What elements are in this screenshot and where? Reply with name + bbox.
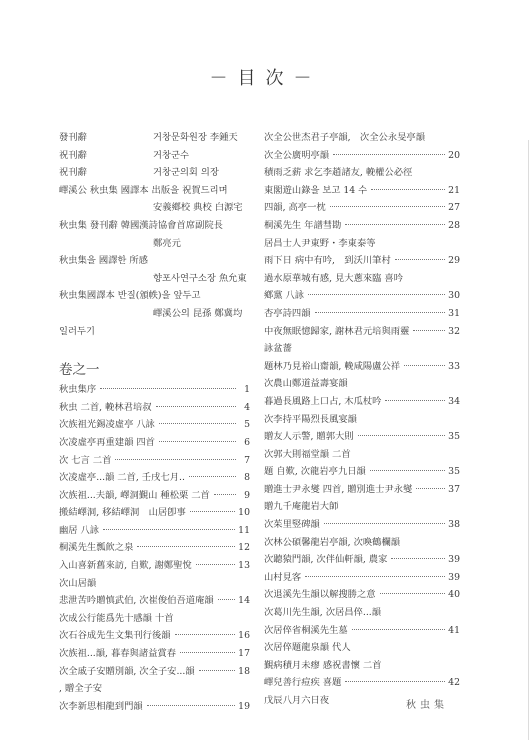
dot-leader: [371, 189, 445, 190]
toc-entry[interactable]: 次族祖光錫凌虛亭 八詠5: [59, 416, 250, 434]
toc-entry-title: 次李持平陽烈長風宴韻: [264, 411, 357, 429]
toc-entry-title: 入山喜新舊來訪, 自歎, 謝鄭聖悅: [59, 557, 192, 575]
front-matter-item[interactable]: 향포사연구소장 魚允東: [59, 270, 250, 288]
toc-page-number: 18: [238, 663, 250, 681]
toc-entry[interactable]: 秋虫 二首, 輓林君培叔4: [59, 399, 250, 417]
toc-page-number: 19: [238, 698, 250, 716]
toc-entry-title: 秋虫 二首, 輓林君培叔: [59, 399, 152, 417]
toc-entry-title: 次山居韻: [59, 575, 96, 593]
dot-leader: [324, 523, 445, 524]
dot-leader: [196, 564, 235, 565]
toc-entry-title: 次族祖...韻, 暮春與諸益賞春: [59, 645, 176, 663]
dot-leader: [345, 681, 445, 682]
toc-entry-title: 悲泄苦吟贈慎武伯, 次崔俊伯吾道庵韻: [59, 592, 214, 610]
toc-entry[interactable]: 次茱里竪碑韻38: [264, 516, 460, 534]
toc-entry[interactable]: 嶧兒善行痘疾 喜題42: [264, 674, 460, 692]
toc-page-number: 35: [448, 463, 460, 481]
toc-entry-title: , 贈全子安: [59, 680, 102, 698]
toc-entry-title: 贈進士尹永燮 四首, 贈別進士尹永燮: [264, 481, 412, 499]
toc-entry[interactable]: 次山居韻: [59, 575, 250, 593]
dot-leader: [370, 470, 445, 471]
toc-page-number: 33: [448, 358, 460, 376]
dot-leader: [180, 652, 235, 653]
toc-page-number: 35: [448, 428, 460, 446]
toc-entry[interactable]: 四韻, 高亭一枕27: [264, 199, 460, 217]
toc-left-column: 發刊辭거창문화원장 李鍾天祝刊辭거창군수祝刊辭거창군의회 의장嶧溪公 秋虫集 國…: [59, 129, 250, 715]
toc-entry-title: 次退溪先生韻以解搜勝之意: [264, 586, 376, 604]
toc-entry-title: 桐溪先生 年譜彗勘: [264, 217, 341, 235]
front-matter-item[interactable]: 秋虫集國譯本 반질(頒帙)을 앞두고: [59, 287, 250, 305]
dot-leader: [159, 423, 236, 424]
toc-entry[interactable]: 題 自歎, 次龍岩亭九日韻35: [264, 463, 460, 481]
toc-entry[interactable]: 次成公行能爲先十感韻 十首: [59, 610, 250, 628]
toc-entry[interactable]: 次李持平陽烈長風宴韻: [264, 411, 460, 429]
front-matter-item[interactable]: 祝刊辭거창군수: [59, 147, 250, 165]
toc-entry[interactable]: 次族祖...夫韻, 嶧洞覲山 種松栗 二首9: [59, 487, 250, 505]
toc-entry-title: 次石谷成先生文集刊行後韻: [59, 627, 171, 645]
toc-entry[interactable]: 次全公廣明亭韻20: [264, 147, 460, 165]
toc-entry-title: 次凌虛亭再重建韻 四首: [59, 434, 155, 452]
toc-page-number: 16: [238, 627, 250, 645]
toc-entry-title: 秋虫集序: [59, 381, 96, 399]
front-matter-label: 祝刊辭: [59, 147, 87, 165]
toc-entry[interactable]: 次林公碩馨龍岩亭韻, 次喚鶴欄韻: [264, 534, 460, 552]
toc-entry[interactable]: 詠盆薔: [264, 340, 460, 358]
front-matter-item[interactable]: 嶧溪公의 昆孫 鄭冀均: [59, 305, 250, 323]
toc-entry[interactable]: 次 七言 二首7: [59, 452, 250, 470]
toc-entry[interactable]: 過水原華城有感, 見大蔥來臨 喜吟: [264, 270, 460, 288]
toc-entry[interactable]: 次退溪先生韻以解搜勝之意40: [264, 586, 460, 604]
dot-leader: [404, 365, 445, 366]
toc-entry[interactable]: 贈友人示警, 贈郭大則35: [264, 428, 460, 446]
front-matter-item[interactable]: 일러두기: [59, 323, 250, 341]
toc-entry[interactable]: , 贈全子安: [59, 680, 250, 698]
front-matter-label: 發刊辭: [59, 129, 87, 147]
toc-page-number: 6: [239, 434, 250, 452]
toc-page-number: 11: [238, 522, 250, 540]
toc-entry[interactable]: 鄕黨 八詠30: [264, 287, 460, 305]
toc-entry-title: 次 七言 二首: [59, 452, 111, 470]
dot-leader: [315, 312, 446, 313]
toc-entry[interactable]: 次居倅題龍泉韻 代人: [264, 639, 460, 657]
toc-page-number: 34: [448, 393, 460, 411]
toc-entry-title: 積雨乏薪 求乞李趙諸友, 輓權公必徑: [264, 164, 412, 182]
front-matter-author: 거창군의회 의장: [153, 164, 219, 182]
toc-entry[interactable]: 次郭大則福堂韻 二首: [264, 446, 460, 464]
toc-entries-right: 次全公世杰君子亭韻, 次全公永旻亭韻次全公廣明亭韻20積雨乏薪 求乞李趙諸友, …: [264, 129, 460, 710]
toc-page-number: 37: [448, 481, 460, 499]
toc-entry-title: 次郭大則福堂韻 二首: [264, 446, 351, 464]
dot-leader: [308, 294, 445, 295]
front-matter-item[interactable]: 嶧溪公 秋虫集 國譯本 出版을 祝賀드리며: [59, 182, 250, 200]
toc-entry-title: 贈九千庵龍岩大師: [264, 498, 338, 516]
toc-entry-title: 東閣遊山錄을 보고 14 수: [264, 182, 367, 200]
toc-entry-title: 過水原華城有感, 見大蔥來臨 喜吟: [264, 270, 403, 288]
dot-leader: [333, 154, 445, 155]
front-matter-author: 安義鄕校 典校 白源宅: [153, 199, 243, 217]
toc-entry[interactable]: 次凌虛亭再重建韻 四首6: [59, 434, 250, 452]
toc-page-number: 39: [448, 569, 460, 587]
front-matter-author: 鄭亮元: [153, 235, 181, 253]
toc-entry-title: 杏亭詩四韻: [264, 305, 311, 323]
dot-leader: [391, 558, 445, 559]
front-matter-item[interactable]: 祝刊辭거창군의회 의장: [59, 164, 250, 182]
front-matter-label: 秋虫集을 國譯한 所感: [59, 252, 148, 270]
toc-entry[interactable]: 悲泄苦吟贈慎武伯, 次崔俊伯吾道庵韻14: [59, 592, 250, 610]
front-matter-author: 嶧溪公의 昆孫 鄭冀均: [153, 305, 242, 323]
toc-entry[interactable]: 次農山鄭道益壽宴韻: [264, 375, 460, 393]
toc-entry[interactable]: 次全戚子安贈別韻, 次全子安...韻18: [59, 663, 250, 681]
toc-page-number: 21: [448, 182, 460, 200]
toc-entry-title: 次全公廣明亭韻: [264, 147, 329, 165]
toc-page-number: 41: [448, 622, 460, 640]
toc-entry-title: 次葛川先生韻, 次居昌倅...韻: [264, 604, 381, 622]
toc-entry-title: 四韻, 高亭一枕: [264, 199, 326, 217]
toc-page-number: 13: [238, 557, 250, 575]
toc-entry-title: 次茱里竪碑韻: [264, 516, 320, 534]
dot-leader: [159, 441, 236, 442]
toc-entry[interactable]: 幽居 八詠11: [59, 522, 250, 540]
dot-leader: [189, 476, 236, 477]
dot-leader: [115, 459, 236, 460]
toc-entry[interactable]: 居昌士人尹東野・李東泰等: [264, 235, 460, 253]
dot-leader: [305, 576, 445, 577]
toc-page-number: 30: [448, 287, 460, 305]
toc-entry-title: 幽居 八詠: [59, 522, 99, 540]
toc-entry[interactable]: 次全公世杰君子亭韻, 次全公永旻亭韻: [264, 129, 460, 147]
front-matter-author: 향포사연구소장 魚允東: [153, 270, 247, 288]
toc-right-column: 次全公世杰君子亭韻, 次全公永旻亭韻次全公廣明亭韻20積雨乏薪 求乞李趙諸友, …: [264, 129, 460, 710]
front-matter-item[interactable]: 發刊辭거창문화원장 李鍾天: [59, 129, 250, 147]
dot-leader: [413, 330, 445, 331]
toc-entry-title: 中夜無眠憶歸家, 謝林君元培與雨靈: [264, 323, 409, 341]
dot-leader: [214, 494, 236, 495]
dot-leader: [380, 593, 446, 594]
front-matter-label: 일러두기: [59, 323, 95, 341]
section-heading: 卷之一: [59, 348, 250, 381]
dot-leader: [358, 435, 446, 436]
toc-entry[interactable]: 入山喜新舊來訪, 自歎, 謝鄭聖悅13: [59, 557, 250, 575]
toc-entry-title: 題林乃見裕山齋韻, 輓咸陽盧公祥: [264, 358, 400, 376]
front-matter-label: 秋虫集 發刊辭 韓國漢詩協會首席副院長: [59, 217, 223, 235]
front-matter-item[interactable]: 秋虫集 發刊辭 韓國漢詩協會首席副院長: [59, 217, 250, 235]
toc-page-number: 27: [448, 199, 460, 217]
dot-leader: [352, 629, 445, 630]
dot-leader: [330, 206, 445, 207]
dot-leader: [416, 488, 445, 489]
toc-page-number: 12: [238, 539, 250, 557]
toc-entry-title: 搬結嶧洞, 移結嶧洞 山居卽事: [59, 504, 186, 522]
page-title: －目次－: [0, 64, 531, 90]
dot-leader: [137, 546, 235, 547]
front-matter-item[interactable]: 鄭亮元: [59, 235, 250, 253]
front-matter-label: 嶧溪公 秋虫集 國譯本 出版을 祝賀드리며: [59, 182, 228, 200]
toc-entry[interactable]: 東閣遊山錄을 보고 14 수21: [264, 182, 460, 200]
toc-entry-title: 次全戚子安贈別韻, 次全子安...韻: [59, 663, 195, 681]
toc-entry-title: 戊辰八月六日夜: [264, 692, 329, 710]
toc-page-number: 4: [239, 399, 250, 417]
toc-entry-title: 次族祖...夫韻, 嶧洞覲山 種松栗 二首: [59, 487, 210, 505]
toc-entry[interactable]: 贈進士尹永燮 四首, 贈別進士尹永燮37: [264, 481, 460, 499]
toc-entry[interactable]: 中夜無眠憶歸家, 謝林君元培與雨靈32: [264, 323, 460, 341]
toc-entry-title: 次凌虛亭...韻 二首, 壬戌七月..: [59, 469, 185, 487]
toc-entry[interactable]: 贈九千庵龍岩大師: [264, 498, 460, 516]
front-matter-label: 秋虫集國譯本 반질(頒帙)을 앞두고: [59, 287, 200, 305]
toc-page-number: 8: [239, 469, 250, 487]
toc-entry-title: 贈友人示警, 贈郭大則: [264, 428, 354, 446]
toc-entry[interactable]: 桐溪先生 年譜彗勘28: [264, 217, 460, 235]
dot-leader: [385, 400, 445, 401]
toc-entry-title: 暮過長風路上口占, 木瓜杖吟: [264, 393, 381, 411]
toc-entry[interactable]: 桐溪先生瓢飮之泉12: [59, 539, 250, 557]
dot-leader: [395, 259, 445, 260]
toc-page-number: 40: [448, 586, 460, 604]
toc-entry-title: 次林公碩馨龍岩亭韻, 次喚鶴欄韻: [264, 534, 400, 552]
toc-entry[interactable]: 秋虫集序1: [59, 381, 250, 399]
front-matter-list: 發刊辭거창문화원장 李鍾天祝刊辭거창군수祝刊辭거창군의회 의장嶧溪公 秋虫集 國…: [59, 129, 250, 340]
dot-leader: [156, 406, 236, 407]
front-matter-author: 거창문화원장 李鍾天: [153, 129, 238, 147]
toc-entry[interactable]: 次凌虛亭...韻 二首, 壬戌七月..8: [59, 469, 250, 487]
dot-leader: [345, 224, 445, 225]
dot-leader: [190, 511, 235, 512]
toc-entry-title: 次聽猿門韻, 次伴仙軒韻, 農家: [264, 551, 387, 569]
toc-entry-title: 次族祖光錫凌虛亭 八詠: [59, 416, 155, 434]
toc-entry-title: 嶧兒善行痘疾 喜題: [264, 674, 341, 692]
front-matter-label: 祝刊辭: [59, 164, 87, 182]
dot-leader: [175, 634, 236, 635]
toc-entry[interactable]: 題林乃見裕山齋韻, 輓咸陽盧公祥33: [264, 358, 460, 376]
toc-entry-title: 桐溪先生瓢飮之泉: [59, 539, 133, 557]
toc-entry[interactable]: 搬結嶧洞, 移結嶧洞 山居卽事10: [59, 504, 250, 522]
toc-entry-title: 覲病積月未瘳 感祝書懷 二首: [264, 657, 381, 675]
page-edge-line: [528, 140, 529, 740]
toc-page-number: 20: [448, 147, 460, 165]
toc-entry-title: 次李新思相龍到門韻: [59, 698, 143, 716]
front-matter-author: 거창군수: [153, 147, 189, 165]
toc-entry[interactable]: 次族祖...韻, 暮春與諸益賞春17: [59, 645, 250, 663]
book-title-footer: 秋虫集: [406, 696, 448, 711]
toc-page-number: 7: [239, 452, 250, 470]
dot-leader: [147, 705, 235, 706]
toc-entry-title: 雨下日 病中有吟, 到沃川筆村: [264, 252, 391, 270]
toc-entry-title: 次農山鄭道益壽宴韻: [264, 375, 348, 393]
toc-page-number: 42: [448, 674, 460, 692]
toc-page-number: 17: [238, 645, 250, 663]
toc-entry-title: 居昌士人尹東野・李東泰等: [264, 235, 376, 253]
toc-entry-title: 次居倅省桐溪先生墓: [264, 622, 348, 640]
toc-page-number: 5: [239, 416, 250, 434]
toc-page-number: 14: [238, 592, 250, 610]
front-matter-item[interactable]: 安義鄕校 典校 白源宅: [59, 199, 250, 217]
toc-entry[interactable]: 杏亭詩四韻31: [264, 305, 460, 323]
toc-page-number: 1: [239, 381, 250, 399]
toc-entry-title: 山村見客: [264, 569, 301, 587]
toc-entry-title: 鄕黨 八詠: [264, 287, 304, 305]
toc-entry[interactable]: 覲病積月未瘳 感祝書懷 二首: [264, 657, 460, 675]
dot-leader: [218, 599, 235, 600]
toc-page-number: 38: [448, 516, 460, 534]
toc-entry[interactable]: 雨下日 病中有吟, 到沃川筆村29: [264, 252, 460, 270]
toc-entry-title: 次居倅題龍泉韻 代人: [264, 639, 351, 657]
toc-entry-title: 次成公行能爲先十感韻 十首: [59, 610, 174, 628]
toc-entry[interactable]: 次居倅省桐溪先生墓41: [264, 622, 460, 640]
toc-page-number: 29: [448, 252, 460, 270]
front-matter-item[interactable]: 秋虫集을 國譯한 所感: [59, 252, 250, 270]
toc-page-number: 10: [238, 504, 250, 522]
toc-entry[interactable]: 山村見客39: [264, 569, 460, 587]
toc-entry-title: 詠盆薔: [264, 340, 292, 358]
toc-page-number: 32: [448, 323, 460, 341]
toc-entries-left: 秋虫集序1秋虫 二首, 輓林君培叔4次族祖光錫凌虛亭 八詠5次凌虛亭再重建韻 四…: [59, 381, 250, 715]
toc-page-number: 28: [448, 217, 460, 235]
toc-entry[interactable]: 次李新思相龍到門韻19: [59, 698, 250, 716]
toc-entry[interactable]: 次葛川先生韻, 次居昌倅...韻: [264, 604, 460, 622]
toc-entry[interactable]: 次石谷成先生文集刊行後韻16: [59, 627, 250, 645]
dot-leader: [103, 529, 235, 530]
toc-entry[interactable]: 次聽猿門韻, 次伴仙軒韻, 農家39: [264, 551, 460, 569]
dot-leader: [199, 670, 236, 671]
toc-page-number: 31: [448, 305, 460, 323]
toc-entry-title: 次全公世杰君子亭韻, 次全公永旻亭韻: [264, 129, 425, 147]
toc-entry-title: 題 自歎, 次龍岩亭九日韻: [264, 463, 366, 481]
toc-entry[interactable]: 暮過長風路上口占, 木瓜杖吟34: [264, 393, 460, 411]
dot-leader: [100, 388, 236, 389]
toc-page-number: 39: [448, 551, 460, 569]
toc-entry[interactable]: 積雨乏薪 求乞李趙諸友, 輓權公必徑: [264, 164, 460, 182]
toc-page-number: 9: [239, 487, 250, 505]
